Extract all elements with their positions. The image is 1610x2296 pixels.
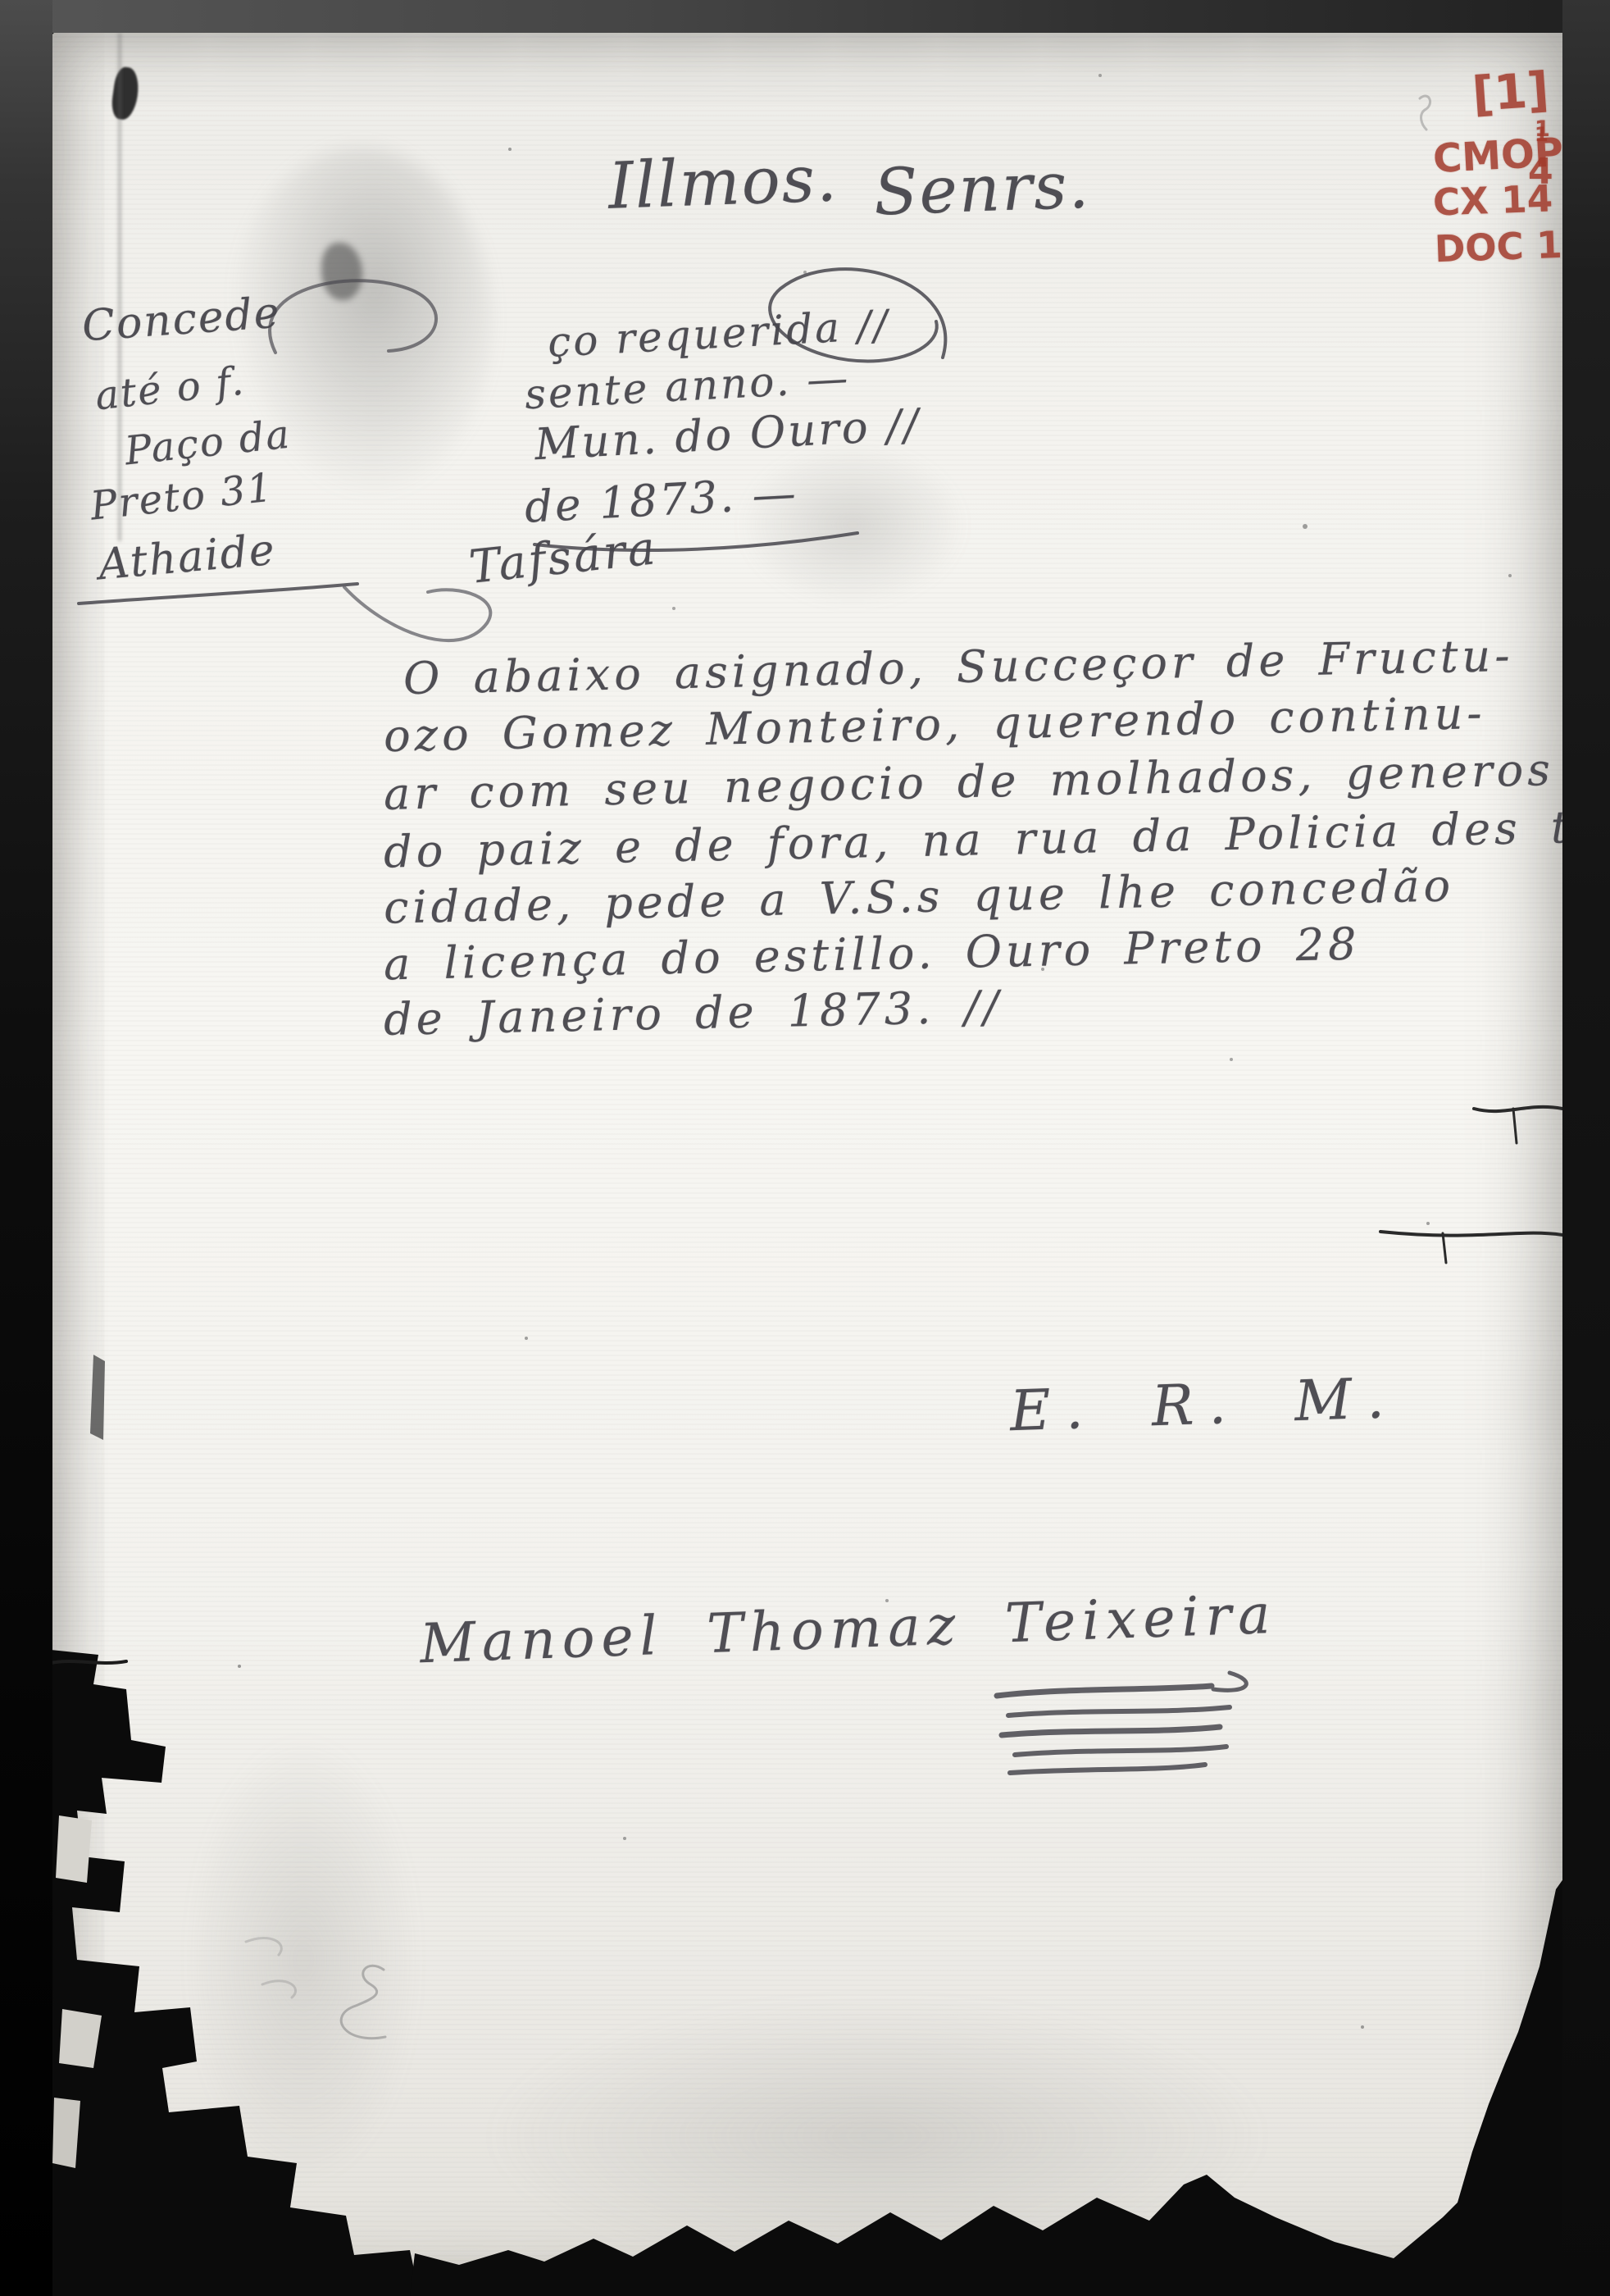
closing-formula: E. R. M. (1009, 1366, 1400, 1445)
scanner-border-top (0, 0, 1610, 33)
paper-specks (508, 148, 512, 151)
scanner-border-right (1562, 0, 1610, 2296)
header-salutation-2: Senrs. (873, 148, 1092, 230)
archival-fund-sup: 1 (1535, 123, 1549, 146)
archival-page-number: [1] (1471, 61, 1551, 122)
scanner-border-left (0, 0, 52, 2296)
archival-box-code: CX 14 (1432, 176, 1553, 224)
manuscript-scan-page: [1] 1 CMOP 1 4 CX 14 DOC 16 Illmos. Senr… (0, 0, 1610, 2296)
header-salutation-1: Illmos. (607, 142, 839, 224)
